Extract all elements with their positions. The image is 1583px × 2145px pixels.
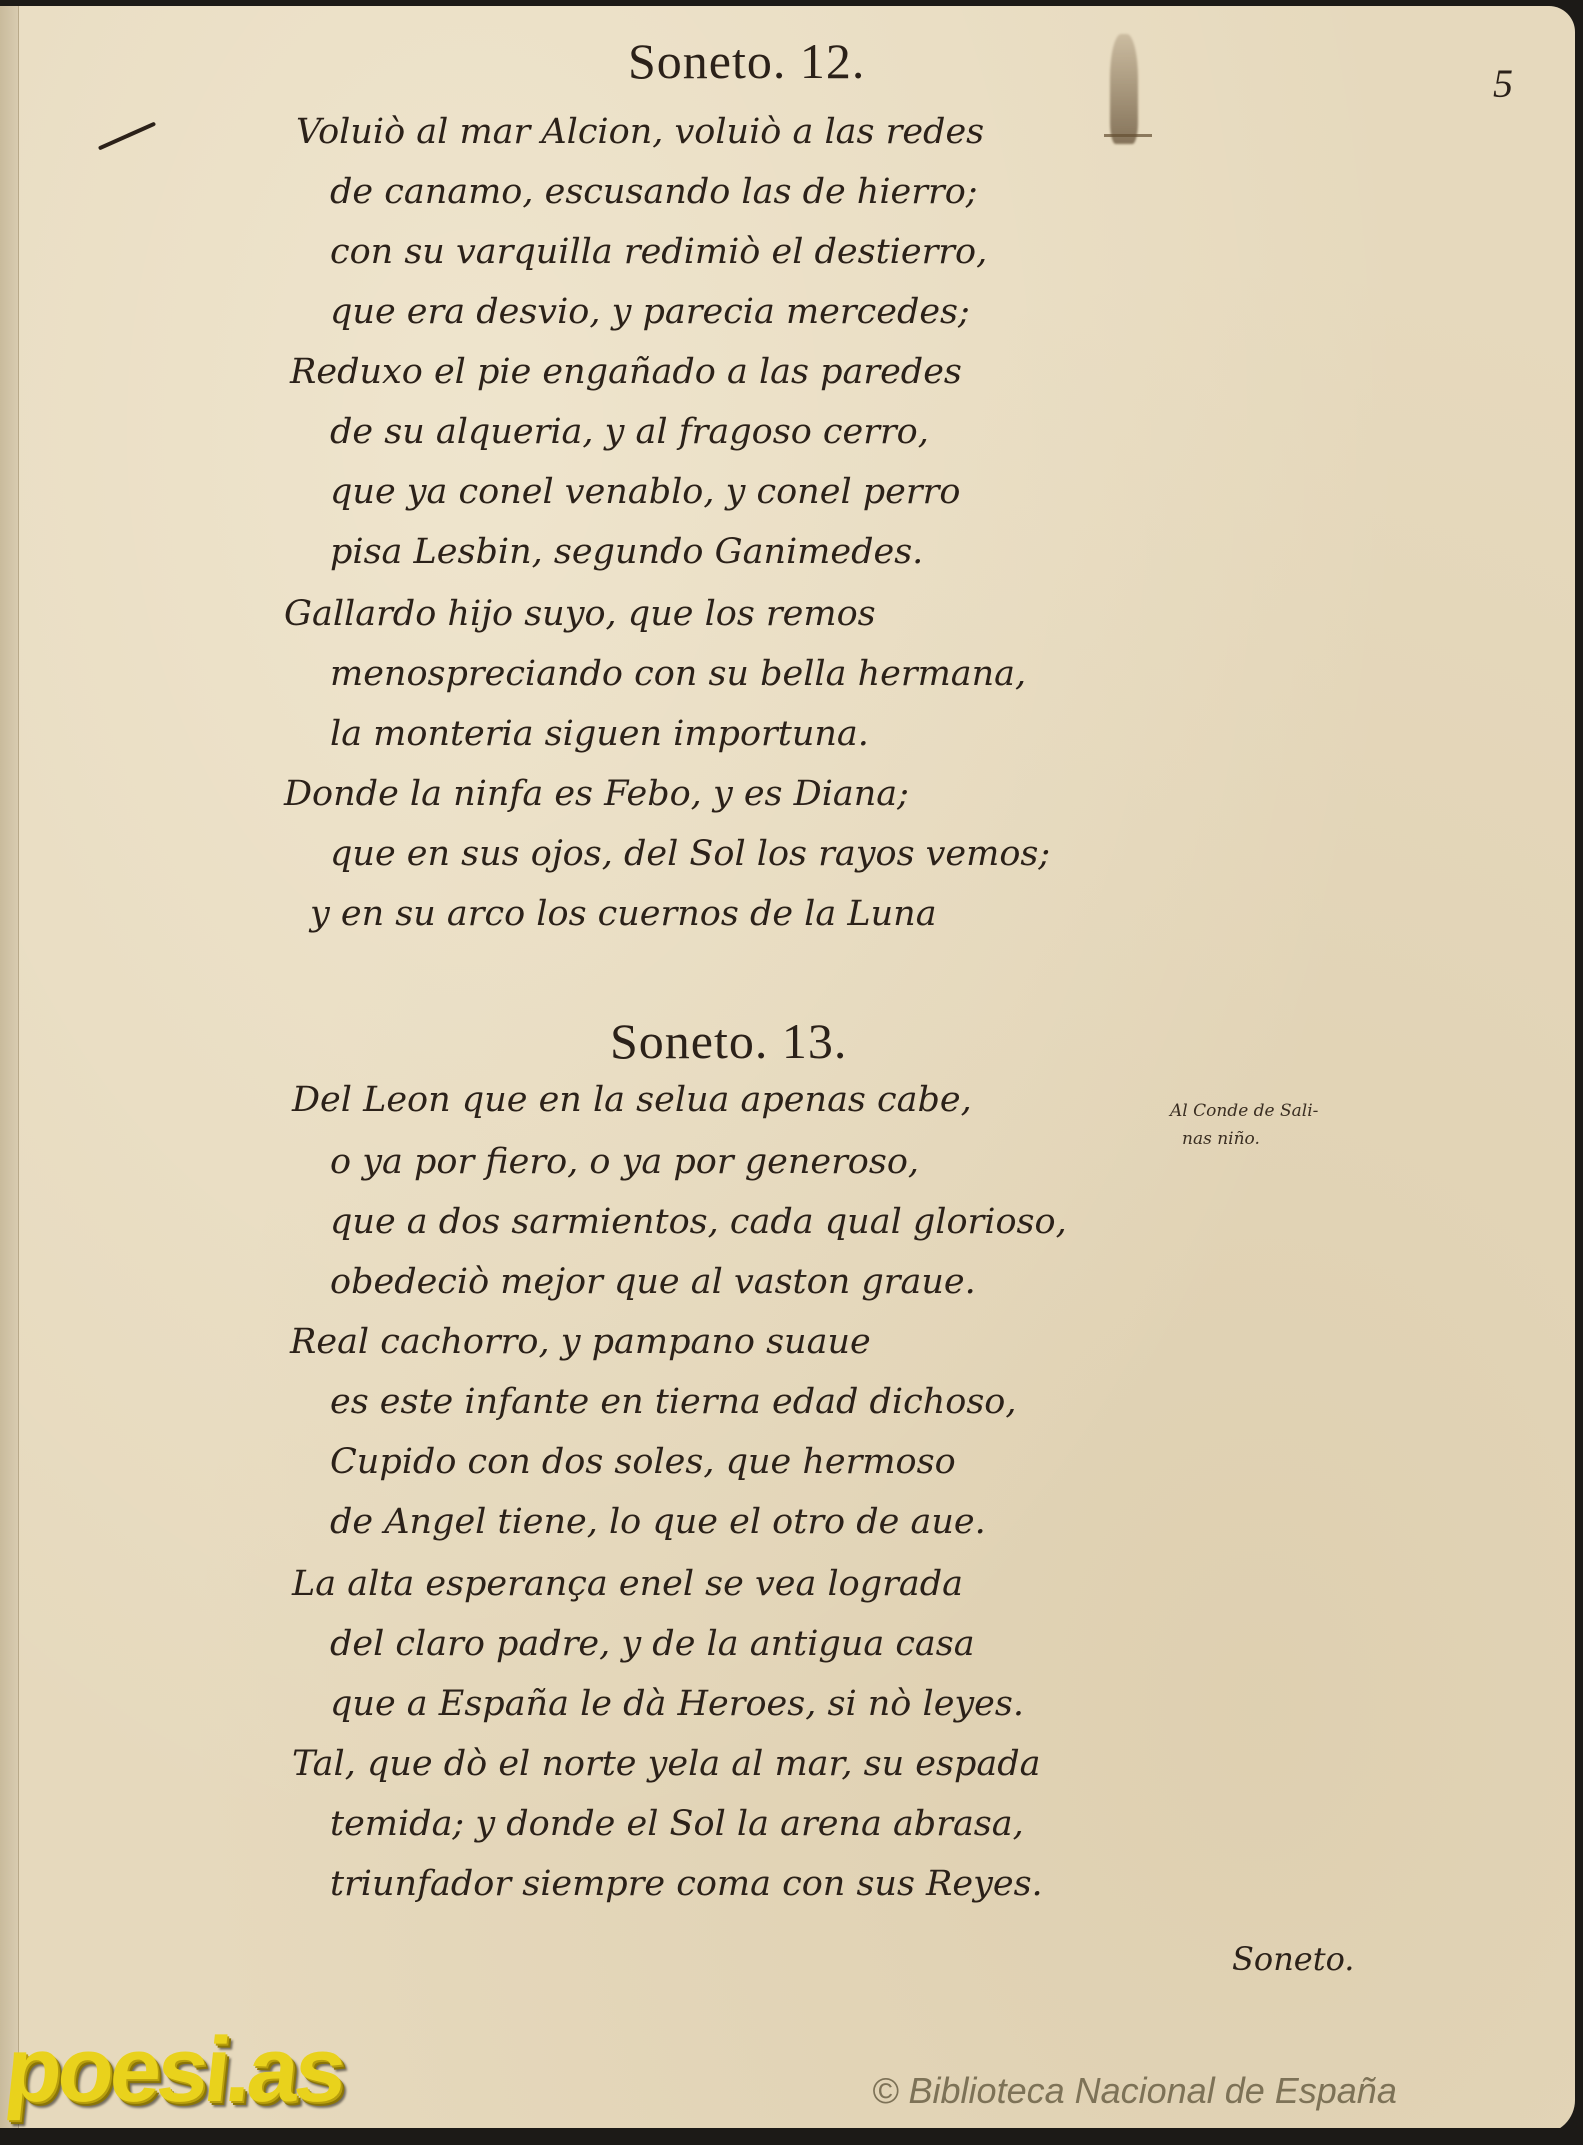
manuscript-page: 5 Soneto. 12. Voluiò al mar Alcion, volu…: [0, 6, 1575, 2134]
sonnet-13-line: que a España le dà Heroes, si nò leyes.: [330, 1684, 1024, 1724]
copyright-notice: © Biblioteca Nacional de España: [872, 2070, 1397, 2112]
quill-flourish-icon: [1110, 34, 1138, 144]
sonnet-12-line: que era desvio, y parecia mercedes;: [330, 292, 970, 332]
sonnet-12-title: Soneto. 12.: [628, 32, 865, 90]
sonnet-13-line: es este infante en tierna edad dichoso,: [330, 1382, 1016, 1422]
sonnet-12-line: menospreciando con su bella hermana,: [330, 654, 1026, 694]
sonnet-12-line: que en sus ojos, del Sol los rayos vemos…: [330, 834, 1050, 874]
sonnet-12-line: Reduxo el pie engañado a las paredes: [290, 352, 962, 392]
sonnet-12-line: Gallardo hijo suyo, que los remos: [284, 594, 876, 634]
catchword: Soneto.: [1232, 1940, 1354, 1978]
sonnet-13-line: triunfador siempre coma con sus Reyes.: [330, 1864, 1043, 1904]
sonnet-13-line: Tal, que dò el norte yela al mar, su esp…: [292, 1744, 1041, 1784]
margin-dash-mark: [98, 122, 156, 151]
sonnet-12-line: Donde la ninfa es Febo, y es Diana;: [284, 774, 909, 814]
sonnet-13-line: Del Leon que en la selua apenas cabe,: [292, 1080, 972, 1120]
flourish-crossbar: [1104, 134, 1152, 137]
sonnet-12-line: Voluiò al mar Alcion, voluiò a las redes: [296, 112, 984, 152]
sonnet-13-line: La alta esperança enel se vea lograda: [292, 1564, 963, 1604]
margin-note-line: nas niño.: [1182, 1126, 1260, 1152]
poesias-logo: poesi.as: [0, 2018, 347, 2123]
page-number: 5: [1493, 60, 1513, 107]
sonnet-13-line: obedeciò mejor que al vaston graue.: [330, 1262, 976, 1302]
sonnet-12-line: la monteria siguen importuna.: [330, 714, 869, 754]
sonnet-13-line: que a dos sarmientos, cada qual glorioso…: [330, 1202, 1067, 1242]
sonnet-13-line: temida; y donde el Sol la arena abrasa,: [330, 1804, 1024, 1844]
sonnet-13-line: o ya por fiero, o ya por generoso,: [330, 1142, 919, 1182]
sonnet-13-line: del claro padre, y de la antigua casa: [330, 1624, 975, 1664]
page-gutter: [0, 6, 19, 2134]
sonnet-12-line: de canamo, escusando las de hierro;: [330, 172, 978, 212]
sonnet-12-line: y en su arco los cuernos de la Luna: [310, 894, 937, 934]
sonnet-13-line: Real cachorro, y pampano suaue: [290, 1322, 871, 1362]
page-bottom-edge: [0, 2128, 1583, 2145]
sonnet-12-line: que ya conel venablo, y conel perro: [330, 472, 960, 512]
sonnet-12-line: de su alqueria, y al fragoso cerro,: [330, 412, 929, 452]
sonnet-12-line: pisa Lesbin, segundo Ganimedes.: [330, 532, 923, 572]
sonnet-12-line: con su varquilla redimiò el destierro,: [330, 232, 987, 272]
margin-note-line: Al Conde de Sali-: [1170, 1098, 1318, 1124]
sonnet-13-line: Cupido con dos soles, que hermoso: [330, 1442, 956, 1482]
sonnet-13-title: Soneto. 13.: [610, 1012, 847, 1070]
sonnet-13-line: de Angel tiene, lo que el otro de aue.: [330, 1502, 986, 1542]
